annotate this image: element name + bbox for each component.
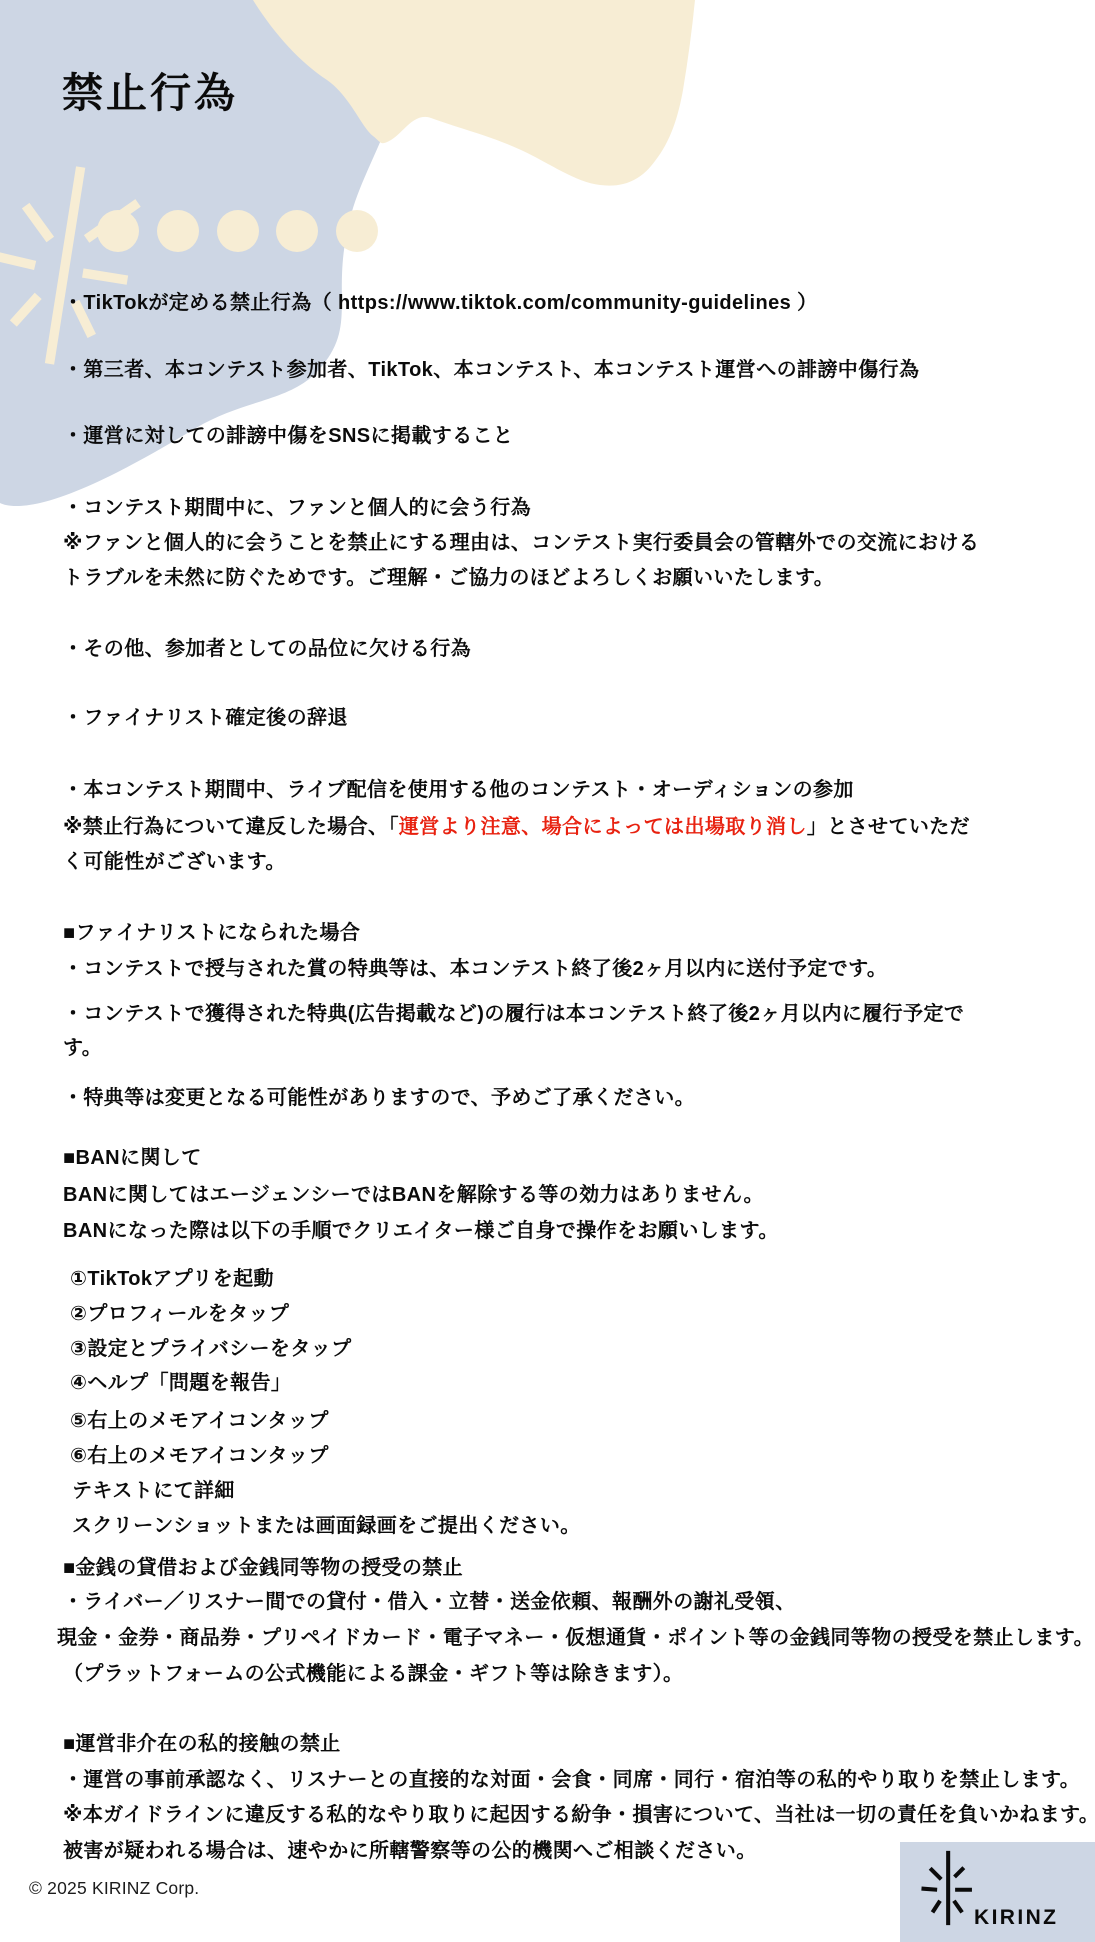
section-heading: ■金銭の貸借および金銭同等物の授受の禁止 bbox=[63, 1554, 463, 1582]
section-heading: ■BANに関して bbox=[63, 1144, 202, 1172]
copyright-text: © 2025 KIRINZ Corp. bbox=[29, 1878, 199, 1899]
cream-blob-decoration bbox=[230, 0, 710, 200]
section-heading: ■運営非介在の私的接触の禁止 bbox=[63, 1730, 341, 1758]
bullet-line: ・コンテスト期間中に、ファンと個人的に会う行為 bbox=[63, 494, 531, 522]
warning-line-red: 運営より注意、場合によっては出場取り消し bbox=[399, 816, 807, 838]
bullet-line: ・その他、参加者としての品位に欠ける行為 bbox=[63, 635, 471, 663]
decor-dot bbox=[276, 210, 318, 252]
page-canvas: 禁止行為 ・TikTokが定める禁止行為（ https://www.tiktok… bbox=[0, 0, 1095, 1942]
warning-line: ※禁止行為について違反した場合、「運営より注意、場合によっては出場取り消し」とさ… bbox=[63, 813, 970, 841]
step-line: ③設定とプライバシーをタップ bbox=[70, 1335, 352, 1363]
note-line: スクリーンショットまたは画面録画をご提出ください。 bbox=[72, 1512, 581, 1540]
decor-dot bbox=[97, 210, 139, 252]
kirinz-sparkle-icon bbox=[918, 1847, 976, 1929]
bullet-line: ・第三者、本コンテスト参加者、TikTok、本コンテスト、本コンテスト運営への誹… bbox=[63, 356, 919, 384]
note-line: BANに関してはエージェンシーではBANを解除する等の効力はありません。 bbox=[63, 1181, 764, 1209]
decor-dot bbox=[157, 210, 199, 252]
bullet-line: ・本コンテスト期間中、ライブ配信を使用する他のコンテスト・オーディションの参加 bbox=[63, 776, 854, 804]
note-line: BANになった際は以下の手順でクリエイター様ご自身で操作をお願いします。 bbox=[63, 1217, 779, 1245]
note-line: 被害が疑われる場合は、速やかに所轄警察等の公的機関へご相談ください。 bbox=[63, 1837, 757, 1865]
bullet-line: ・TikTokが定める禁止行為（ https://www.tiktok.com/… bbox=[63, 289, 817, 317]
sparkle-decoration-icon bbox=[0, 145, 156, 385]
warning-line-pre: ※禁止行為について違反した場合、「 bbox=[63, 816, 399, 838]
bullet-line: ・運営に対しての誹謗中傷をSNSに掲載すること bbox=[63, 422, 513, 450]
page-title: 禁止行為 bbox=[62, 60, 238, 119]
note-line: ※本ガイドラインに違反する私的なやり取りに起因する紛争・損害について、当社は一切… bbox=[63, 1801, 1095, 1829]
note-line: く可能性がございます。 bbox=[63, 848, 286, 876]
bullet-line: ・特典等は変更となる可能性がありますので、予めご了承ください。 bbox=[63, 1084, 695, 1112]
decor-dot bbox=[217, 210, 259, 252]
note-line: 現金・金券・商品券・プリペイドカード・電子マネー・仮想通貨・ポイント等の金銭同等… bbox=[57, 1624, 1094, 1652]
warning-line-post: 」とさせていただ bbox=[807, 816, 970, 838]
note-line: ※ファンと個人的に会うことを禁止にする理由は、コンテスト実行委員会の管轄外での交… bbox=[63, 529, 979, 557]
step-line: ⑤右上のメモアイコンタップ bbox=[70, 1407, 329, 1435]
bullet-line: ・ライバー／リスナー間での貸付・借入・立替・送金依頼、報酬外の謝礼受領、 bbox=[63, 1588, 796, 1616]
section-heading: ■ファイナリストになられた場合 bbox=[63, 919, 360, 947]
note-line: す。 bbox=[63, 1034, 102, 1062]
step-line: ⑥右上のメモアイコンタップ bbox=[70, 1442, 329, 1470]
note-line: トラブルを未然に防ぐためです。ご理解・ご協力のほどよろしくお願いいたします。 bbox=[63, 564, 834, 592]
bullet-line: ・コンテストで獲得された特典(広告掲載など)の履行は本コンテスト終了後2ヶ月以内… bbox=[63, 1000, 964, 1028]
bullet-line: ・コンテストで授与された賞の特典等は、本コンテスト終了後2ヶ月以内に送付予定です… bbox=[63, 955, 887, 983]
bullet-line: ・ファイナリスト確定後の辞退 bbox=[63, 704, 348, 732]
step-line: ①TikTokアプリを起動 bbox=[70, 1265, 274, 1293]
bullet-line: ・運営の事前承認なく、リスナーとの直接的な対面・会食・同席・同行・宿泊等の私的や… bbox=[63, 1766, 1080, 1794]
kirinz-logo: KIRINZ bbox=[900, 1842, 1095, 1942]
step-line: ②プロフィールをタップ bbox=[70, 1300, 289, 1328]
note-line: （プラットフォームの公式機能による課金・ギフト等は除きます）。 bbox=[63, 1660, 683, 1688]
note-line: テキストにて詳細 bbox=[72, 1477, 235, 1505]
step-line: ④ヘルプ「問題を報告」 bbox=[70, 1369, 291, 1397]
decor-dot bbox=[336, 210, 378, 252]
kirinz-logo-text: KIRINZ bbox=[974, 1906, 1058, 1930]
